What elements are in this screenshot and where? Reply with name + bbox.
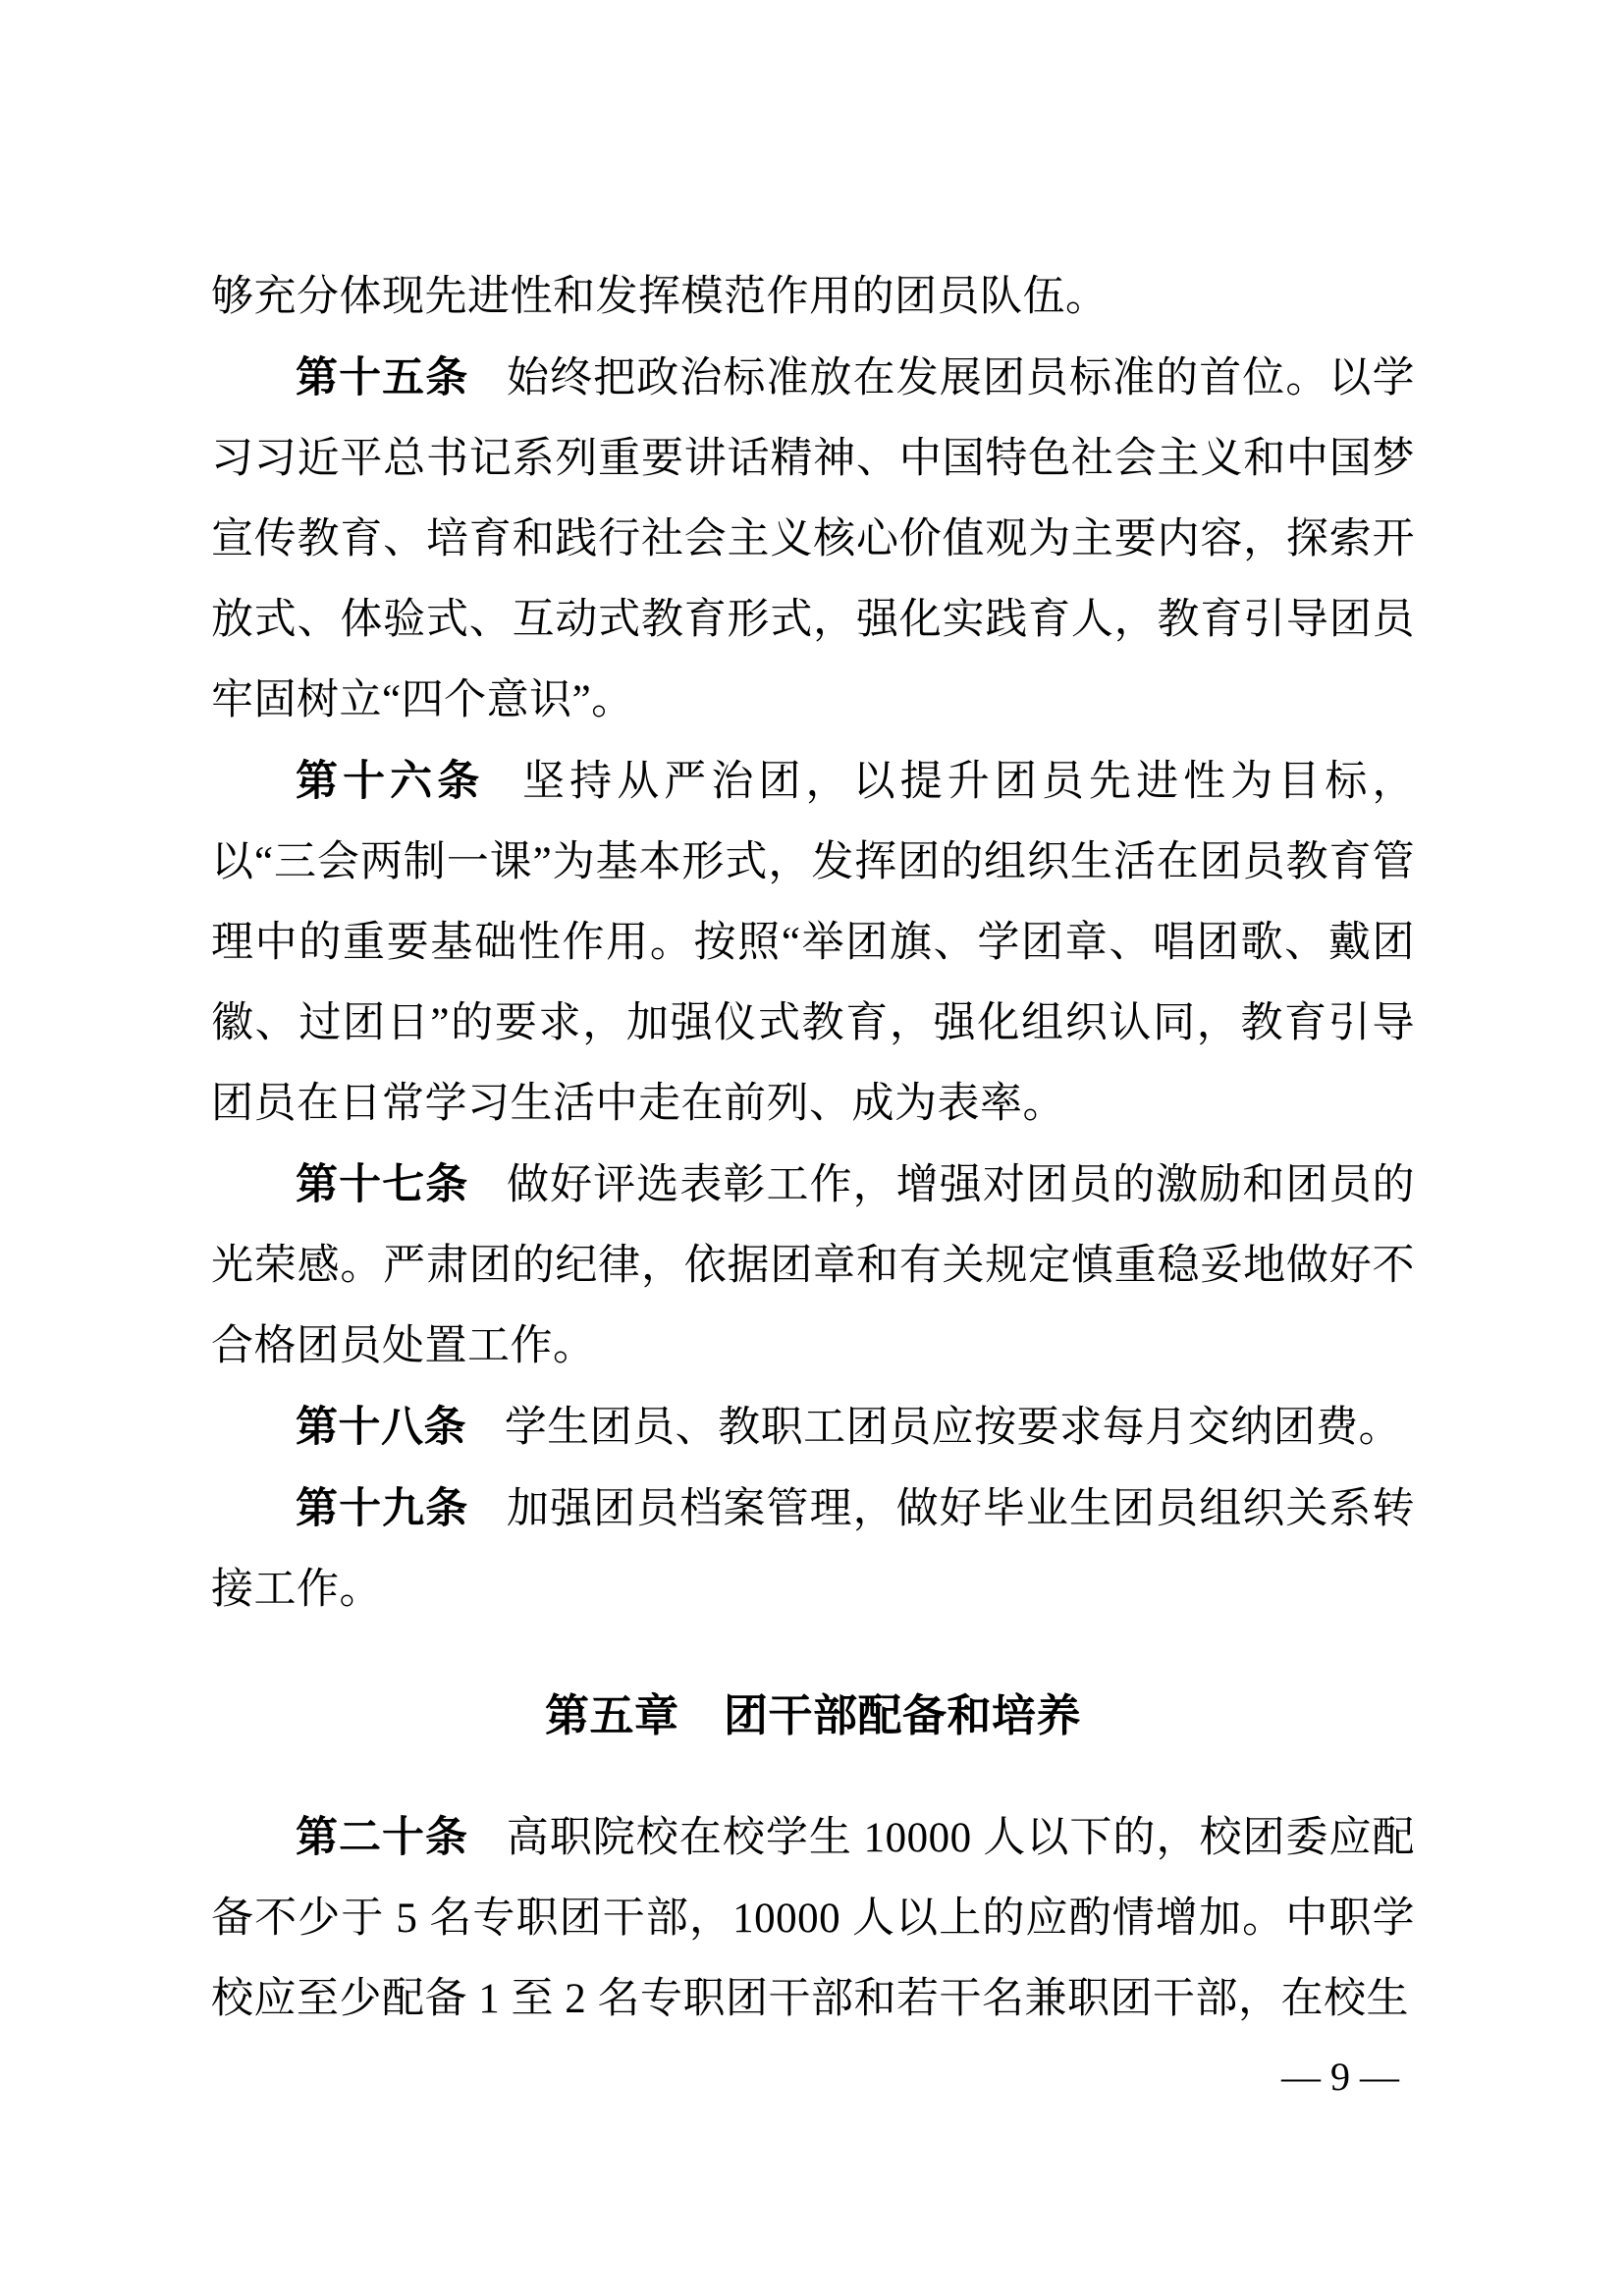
article-number: 第十五条 <box>296 354 468 401</box>
paragraph-text: 坚持从严治团，以提升团员先进性为目标，以“三会两制一课”为基本形式，发挥团的组织… <box>211 759 1415 1127</box>
article-number: 第十七条 <box>296 1161 468 1208</box>
paragraph-text: 学生团员、教职工团员应按要求每月交纳团费。 <box>505 1405 1402 1451</box>
document-paragraph: 第十八条学生团员、教职工团员应按要求每月交纳团费。 <box>211 1387 1415 1468</box>
document-paragraph: 第十七条做好评选表彰工作，增强对团员的激励和团员的光荣感。严肃团的纪律，依据团章… <box>211 1145 1415 1387</box>
document-body: 够充分体现先进性和发挥模范作用的团员队伍。第十五条始终把政治标准放在发展团员标准… <box>211 257 1415 2040</box>
article-number: 第十八条 <box>296 1404 466 1451</box>
document-paragraph: 够充分体现先进性和发挥模范作用的团员队伍。 <box>211 257 1415 338</box>
page-number: — 9 — <box>1281 2054 1399 2101</box>
chapter-heading: 第五章 团干部配备和培养 <box>211 1676 1415 1756</box>
paragraph-text: 够充分体现先进性和发挥模范作用的团员队伍。 <box>211 274 1109 320</box>
document-paragraph: 第十六条坚持从严治团，以提升团员先进性为目标，以“三会两制一课”为基本形式，发挥… <box>211 741 1415 1145</box>
article-number: 第二十条 <box>296 1814 468 1861</box>
document-paragraph: 第十五条始终把政治标准放在发展团员标准的首位。以学习习近平总书记系列重要讲话精神… <box>211 338 1415 741</box>
paragraph-text: 始终把政治标准放在发展团员标准的首位。以学习习近平总书记系列重要讲话精神、中国特… <box>211 355 1415 723</box>
document-page: 够充分体现先进性和发挥模范作用的团员队伍。第十五条始终把政治标准放在发展团员标准… <box>0 0 1624 2296</box>
article-number: 第十九条 <box>296 1485 468 1532</box>
paragraph-text: 第五章 团干部配备和培养 <box>545 1690 1081 1740</box>
article-number: 第十六条 <box>296 758 484 805</box>
document-paragraph: 第二十条高职院校在校学生 10000 人以下的，校团委应配备不少于 5 名专职团… <box>211 1797 1415 2040</box>
document-paragraph: 第十九条加强团员档案管理，做好毕业生团员组织关系转接工作。 <box>211 1468 1415 1630</box>
